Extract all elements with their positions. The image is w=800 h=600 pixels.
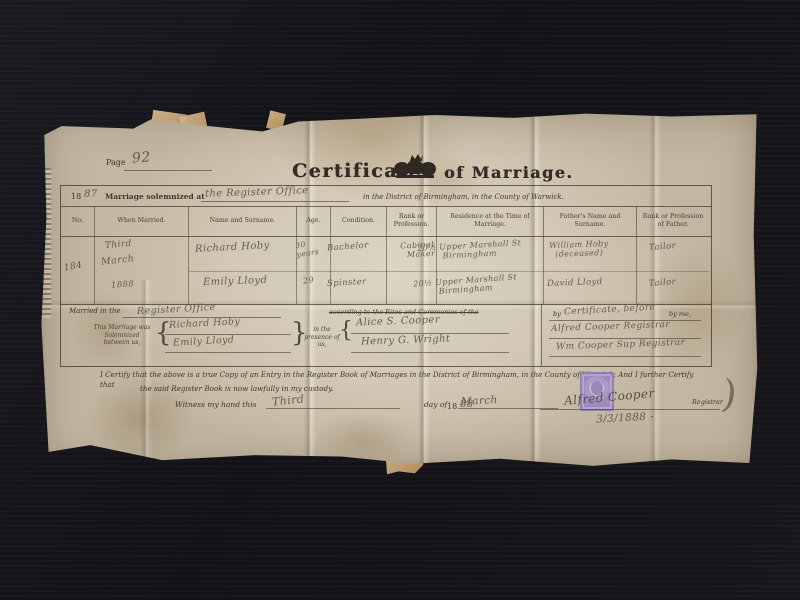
intro-place-hand: the Register Office: [205, 185, 309, 200]
col-header-age: Age.: [297, 206, 331, 236]
by-label: by: [553, 310, 561, 318]
certificate-table: 18 87 Marriage solemnized at the Registe…: [60, 185, 712, 367]
bride-father-rank: Tailor: [649, 277, 677, 289]
witness2-signature: Henry G. Wright: [361, 333, 451, 347]
bride-father: David Lloyd: [547, 277, 603, 289]
intro-solemnized-label: Marriage solemnized at: [105, 192, 205, 201]
marriage-certificate-document: Page 92 Certificate of Marriage. 18 87 M…: [40, 110, 758, 468]
registrar1-signature: Alfred Cooper Registrar: [551, 320, 670, 334]
bride-age: 29: [302, 275, 314, 285]
married-in-label: Married in the: [69, 307, 121, 315]
col-header-residence: Residence at the Time of Marriage.: [437, 206, 544, 236]
bride-signature: Emily Lloyd: [173, 334, 235, 348]
certification-line2: the said Register Book is now lawfully i…: [140, 384, 333, 393]
col-header-when-married: When Married.: [95, 206, 189, 236]
registrar-printed-label: Registrar: [692, 398, 723, 406]
by-me-label: by me,: [669, 310, 691, 318]
solemnized-between-note: This Marriage was Solemnized between us,: [91, 324, 153, 347]
presence-note: in the presence of us,: [304, 326, 340, 349]
intro-year-printed: 18: [71, 192, 81, 201]
page-label: Page: [106, 158, 126, 167]
witness-brace: {: [339, 318, 353, 343]
groom-father: William Hoby (deceased): [533, 238, 626, 260]
bride-name: Emily Lloyd: [203, 275, 268, 288]
signature-date: 3/3/1888 -: [596, 410, 655, 425]
flourish-paren: ): [719, 371, 740, 417]
groom-father-rank: Tailor: [649, 241, 677, 253]
solemnization-section: Married in the Register Office according…: [61, 304, 711, 366]
year-hand: 88: [460, 399, 474, 410]
intro-year-hand: 87: [84, 189, 98, 200]
col-header-father-rank: Rank or Profession of Father.: [637, 206, 709, 236]
bride-condition: Spinster: [327, 277, 367, 289]
year-printed: 18: [447, 402, 457, 411]
page-number: 92: [131, 149, 151, 166]
registrar2-signature: Wm Cooper Sup Registrar: [556, 338, 686, 353]
groom-signature: Richard Hoby: [169, 316, 241, 331]
col-header-name: Name and Surname.: [189, 206, 297, 236]
col-header-rank: Rank or Profession.: [387, 206, 437, 236]
witness-hand-label: Witness my hand this: [175, 400, 256, 409]
day-of-label: day of: [424, 400, 447, 409]
by-certificate-hand: Certificate, before: [564, 303, 656, 318]
table-data-rows: 184 Third March 1888 Richard Hoby Emily …: [61, 236, 711, 305]
col-header-no: No.: [61, 206, 95, 236]
married-year: 1888: [111, 279, 135, 291]
col-header-condition: Condition.: [331, 206, 387, 236]
intro-district-line: in the District of Birmingham, in the Co…: [363, 193, 564, 201]
witness1-signature: Alice S. Cooper: [356, 315, 440, 329]
married-in-hand: Register Office: [137, 302, 216, 317]
col-header-father: Father's Name and Surname.: [544, 206, 637, 236]
royal-arms-crest-icon: [392, 152, 438, 184]
table-header-row: No. When Married. Name and Surname. Age.…: [61, 206, 711, 237]
intro-row: 18 87 Marriage solemnized at the Registe…: [61, 186, 711, 207]
certificate-title-right: of Marriage.: [444, 163, 573, 182]
witness-day-hand: Third: [271, 392, 304, 408]
